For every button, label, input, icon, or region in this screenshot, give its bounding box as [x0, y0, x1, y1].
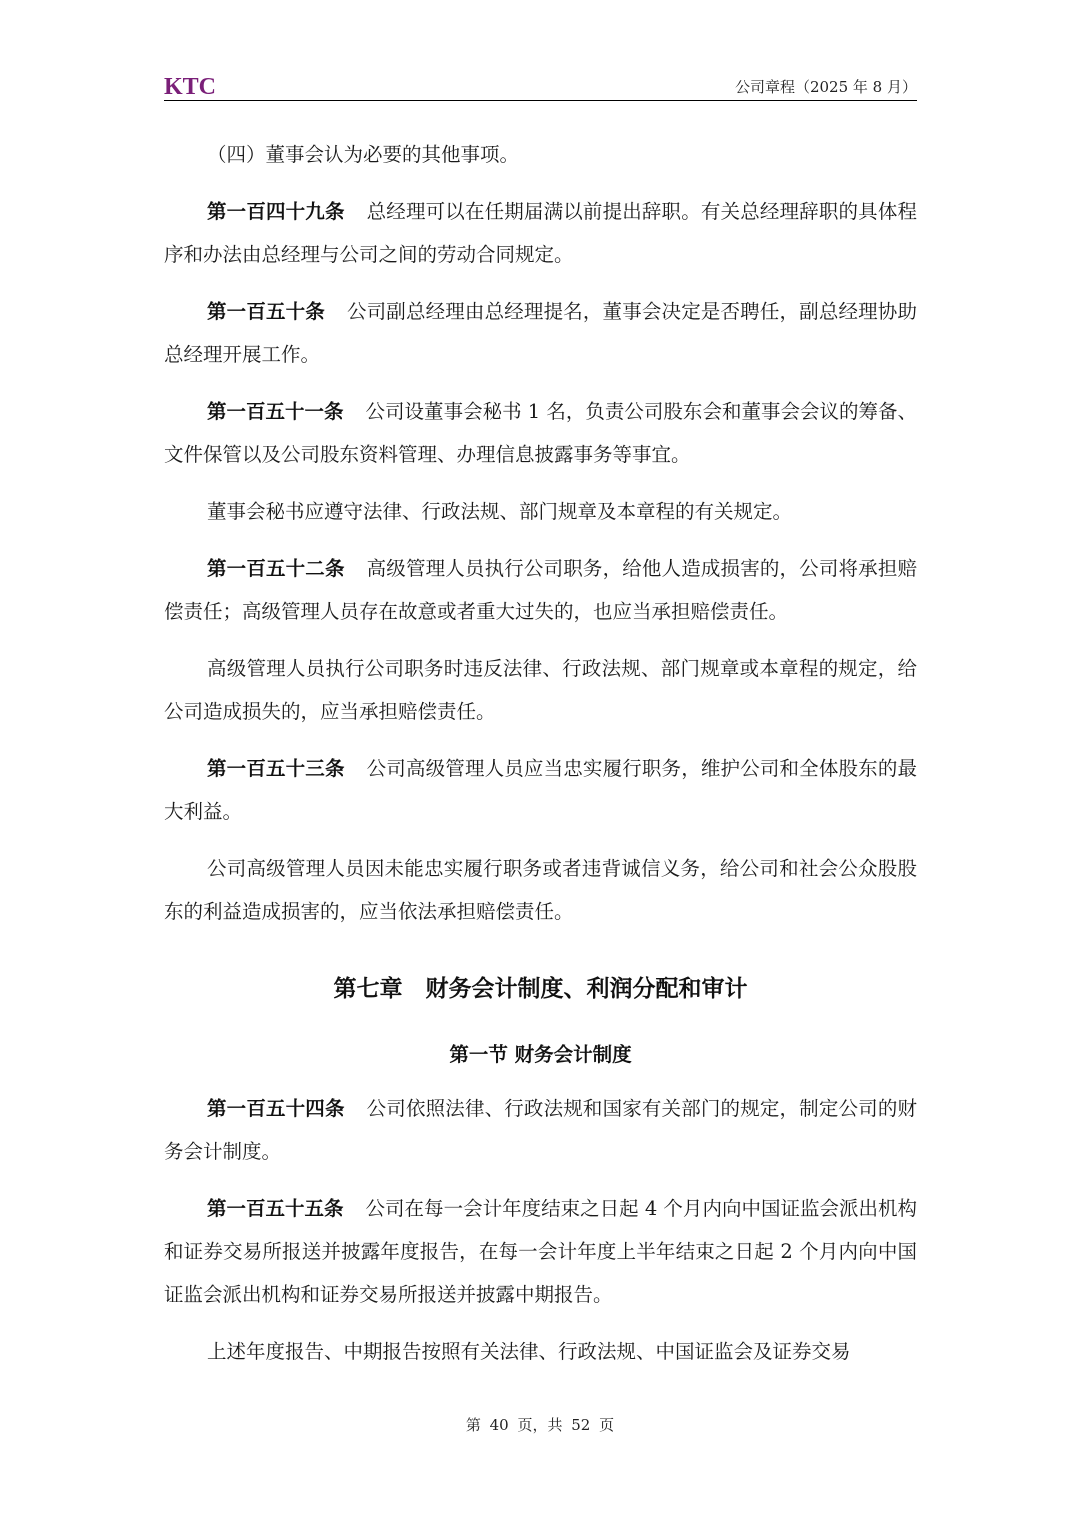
paragraph-text: 公司高级管理人员因未能忠实履行职务或者违背诚信义务，给公司和社会公众股股东的利益…: [164, 857, 917, 923]
article-number: 第一百五十一条: [207, 400, 344, 423]
paragraph-text: （四）董事会认为必要的其他事项。: [207, 143, 519, 166]
article-number: 第一百四十九条: [207, 200, 345, 223]
paragraph: 第一百四十九条总经理可以在任期届满以前提出辞职。有关总经理辞职的具体程序和办法由…: [164, 190, 917, 276]
article-number: 第一百五十三条: [207, 757, 345, 780]
paragraph: 第一百五十四条公司依照法律、行政法规和国家有关部门的规定，制定公司的财务会计制度…: [164, 1087, 917, 1173]
article-number: 第一百五十二条: [207, 557, 345, 580]
paragraph: 第一百五十一条公司设董事会秘书 1 名，负责公司股东会和董事会会议的筹备、文件保…: [164, 390, 917, 476]
paragraph: 公司高级管理人员因未能忠实履行职务或者违背诚信义务，给公司和社会公众股股东的利益…: [164, 847, 917, 933]
paragraph: 第一百五十条公司副总经理由总经理提名，董事会决定是否聘任，副总经理协助总经理开展…: [164, 290, 917, 376]
section-heading: 第一节 财务会计制度: [164, 1035, 917, 1075]
paragraph-text: 上述年度报告、中期报告按照有关法律、行政法规、中国证监会及证券交易: [207, 1340, 851, 1363]
document-page: KTC 公司章程（2025 年 8 月） （四）董事会认为必要的其他事项。 第一…: [0, 0, 1080, 1527]
paragraph-text: 董事会秘书应遵守法律、行政法规、部门规章及本章程的有关规定。: [207, 500, 792, 523]
header-divider: [164, 100, 917, 101]
chapter-heading: 第七章 财务会计制度、利润分配和审计: [164, 959, 917, 1019]
paragraph: 第一百五十二条高级管理人员执行公司职务，给他人造成损害的，公司将承担赔偿责任；高…: [164, 547, 917, 633]
paragraph: 董事会秘书应遵守法律、行政法规、部门规章及本章程的有关规定。: [164, 490, 917, 533]
document-title: 公司章程（2025 年 8 月）: [735, 78, 917, 96]
paragraph: 高级管理人员执行公司职务时违反法律、行政法规、部门规章或本章程的规定，给公司造成…: [164, 647, 917, 733]
article-number: 第一百五十四条: [207, 1097, 345, 1120]
article-number: 第一百五十五条: [207, 1197, 344, 1220]
article-number: 第一百五十条: [207, 300, 325, 323]
page-header: KTC 公司章程（2025 年 8 月）: [164, 72, 917, 102]
paragraph-text: 高级管理人员执行公司职务时违反法律、行政法规、部门规章或本章程的规定，给公司造成…: [164, 657, 917, 723]
paragraph: 上述年度报告、中期报告按照有关法律、行政法规、中国证监会及证券交易: [164, 1330, 917, 1373]
paragraph: 第一百五十三条公司高级管理人员应当忠实履行职务，维护公司和全体股东的最大利益。: [164, 747, 917, 833]
page-number: 第 40 页，共 52 页: [0, 1414, 1080, 1435]
ktc-logo: KTC: [164, 74, 216, 100]
paragraph: （四）董事会认为必要的其他事项。: [164, 133, 917, 176]
paragraph: 第一百五十五条公司在每一会计年度结束之日起 4 个月内向中国证监会派出机构和证券…: [164, 1187, 917, 1316]
page-content: （四）董事会认为必要的其他事项。 第一百四十九条总经理可以在任期届满以前提出辞职…: [164, 133, 917, 1373]
